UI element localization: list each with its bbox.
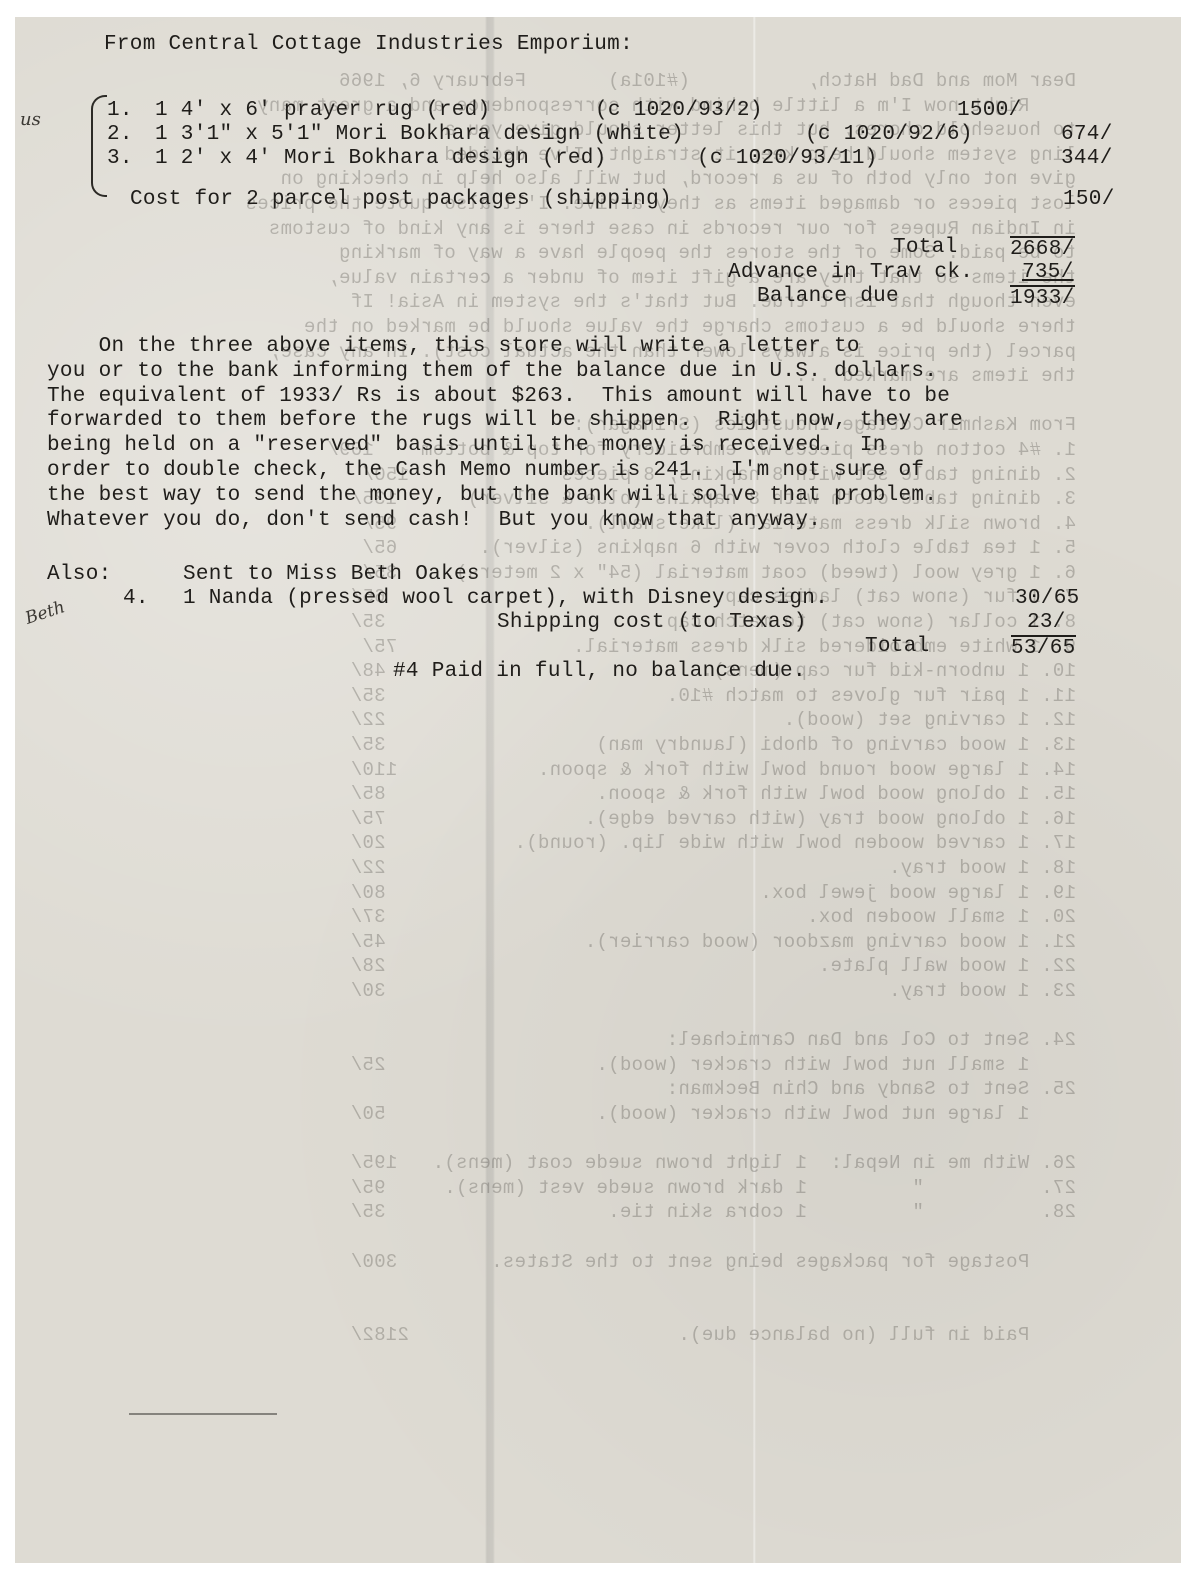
bleed-through-line: 25. Sent to Sandy and Chin Beckman: <box>245 1077 1076 1102</box>
item-number: 4. <box>123 587 149 610</box>
bleed-through-line: 26. With me in Nepal: 1 light brown sued… <box>245 1151 1076 1176</box>
bleed-through-layer: Dear Mom and Dad Hatch, (#101a) February… <box>15 17 1181 1563</box>
document-page: Dear Mom and Dad Hatch, (#101a) February… <box>15 17 1181 1563</box>
margin-note-us: us <box>20 109 41 130</box>
item-description: 1 Nanda (pressed wool carpet), with Disn… <box>183 587 828 610</box>
bleed-through-line: 22. 1 wood wall plate. 28/ <box>245 954 1076 979</box>
bleed-through-line: 19. 1 large wood jewel box. 80/ <box>245 881 1076 906</box>
balance-value: 1933/ <box>1010 285 1075 310</box>
shipping-label: Shipping cost (to Texas) <box>497 611 807 634</box>
bleed-through-line: even though that isn't true. But that's … <box>245 290 1076 315</box>
item-amount: 30/65 <box>1015 587 1080 610</box>
advance-label: Advance in Trav ck. <box>728 261 973 284</box>
bleed-through-line: 1 large nut bowl with cracker (wood). 50… <box>245 1102 1076 1127</box>
bleed-through-line <box>245 1274 1076 1299</box>
bleed-through-line: 17. 1 carved wooden bowl with wide lip. … <box>245 831 1076 856</box>
bleed-through-line: 12. 1 carving set (wood). 22/ <box>245 708 1076 733</box>
bleed-through-line <box>245 1004 1076 1029</box>
bleed-through-line: 14. 1 large wood round bowl with fork & … <box>245 758 1076 783</box>
header-line: From Central Cottage Industries Emporium… <box>104 33 633 56</box>
bleed-through-line: 16. 1 oblong wood tray (with carved edge… <box>245 807 1076 832</box>
bleed-through-line: 13. 1 wood carving of dhobi (laundry man… <box>245 733 1076 758</box>
bleed-through-line <box>245 1127 1076 1152</box>
bleed-through-line: Paid in full (no balance due). 2182/ <box>245 1323 1076 1348</box>
bleed-through-line: 24. Sent to Col and Dan Carmichael: <box>245 1028 1076 1053</box>
bleed-through-line: 5. 1 tea table cloth cover with 6 napkin… <box>245 536 1076 561</box>
bleed-through-line <box>245 1225 1076 1250</box>
bleed-through-line: 11. 1 pair fur gloves to match #10. 35/ <box>245 684 1076 709</box>
bleed-through-line: 27. " 1 dark brown suede vest (mens). 95… <box>245 1176 1076 1201</box>
bleed-through-line: 28. " 1 cobra skin tie. 35/ <box>245 1200 1076 1225</box>
bleed-through-line: 18. 1 wood tray. 22/ <box>245 856 1076 881</box>
paid-note: #4 Paid in full, no balance due. <box>393 660 806 683</box>
bleed-through-line: 15. 1 oblong wood bowl with fork & spoon… <box>245 782 1076 807</box>
balance-label: Balance due <box>757 285 899 308</box>
total-label: Total <box>893 236 958 259</box>
recipient-line: Sent to Miss Beth Oakes <box>183 563 480 586</box>
bleed-through-line: 9. 1 white embroidered silk dress materi… <box>245 635 1076 660</box>
also-total-amount: 53/65 <box>1011 635 1076 660</box>
divider-line <box>129 1413 277 1415</box>
also-total-label: Total <box>865 635 930 658</box>
advance-value: 735/ <box>1022 261 1074 284</box>
body-paragraph: On the three above items, this store wil… <box>47 335 963 533</box>
also-label: Also: <box>47 563 112 586</box>
bracket-mark <box>91 95 107 197</box>
margin-note-beth: Beth <box>23 597 68 628</box>
bleed-through-line: Postage for packages being sent to the S… <box>245 1250 1076 1275</box>
total-value: 2668/ <box>1010 236 1075 261</box>
shipping-amount: 23/ <box>1027 611 1066 634</box>
bleed-through-line: 23. 1 wood tray. 30/ <box>245 979 1076 1004</box>
bleed-through-line: 21. 1 wood carving mazdoor (wood carrier… <box>245 930 1076 955</box>
bleed-through-line: 20. 1 small wooden box. 37/ <box>245 905 1076 930</box>
bleed-through-line: 1 small nut bowl with cracker (wood). 25… <box>245 1053 1076 1078</box>
bleed-through-line <box>245 1299 1076 1324</box>
bleed-through-line: Dear Mom and Dad Hatch, (#101a) February… <box>245 69 1076 94</box>
